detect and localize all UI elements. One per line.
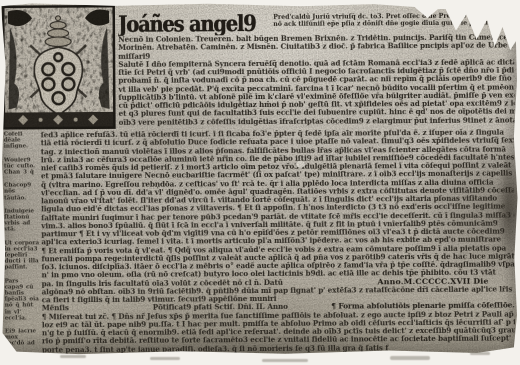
papal-arms-woodcut	[2, 5, 116, 130]
scan-speckle	[262, 359, 308, 362]
scan-speckle	[150, 357, 180, 360]
margin-note: Cōfeſſ dēale inſigne.	[4, 131, 39, 150]
margin-note: Ut corpora in eccl'ia3 ſepeliri ducti ī …	[4, 240, 39, 271]
paper-sheet: Joáñes angel9 Pred'caldū Juriū vtriuſq̃ …	[1, 2, 518, 358]
mensis-blank: Mēnſis	[42, 304, 69, 312]
margin-note: Wōuler9 tūc cuſto. Chan 3 q̄	[4, 157, 39, 176]
margin-note: Chacop9 nōs tāutāo.	[4, 183, 39, 202]
header-wide-lines: Necnō in Colonien. Treueren. balt būgen …	[118, 33, 514, 52]
body-lower-lines: ſed3 ap̄lice refuſā3. tū etiā rōcierdī t…	[41, 128, 515, 279]
body-upper-lines: Salutē I dn̄o ſempiternā Syncera feruēſq…	[118, 58, 514, 126]
scan-speckle	[390, 356, 430, 360]
main-text-block: ſed3 ap̄lice refuſā3. tū etiā rōcierdī t…	[41, 128, 515, 354]
page-content: Joáñes angel9 Pred'caldū Juriū vtriuſq̃ …	[0, 0, 519, 359]
margin-note: Pars capa9 cū banſis ſpēali3 oīa nō q̄ h…	[5, 278, 40, 322]
margin-note: Indulgēie ſtationū vrbis ad vtā.	[4, 208, 39, 233]
right-edge-stain	[496, 150, 520, 265]
margin-note: Ei9 lacrīe mox rec'dō ad vtā.	[5, 328, 40, 353]
absolution-formula: ¶ Miſereat̄ tui zc̄. ¶ Dn̄s nr̄ Jeſus xp…	[42, 310, 515, 354]
margin-gloss-column: Cōfeſſ dēale inſigne.Wōuler9 tūc cuſto. …	[4, 131, 40, 360]
scan-speckle	[470, 352, 490, 355]
title-row: Joáñes angel9 Pred'caldū Juriū vtriuſq̃ …	[118, 10, 514, 35]
header-small-lines: Pred'caldū Juriū vtriuſq̃ dc. to3. Pret …	[273, 10, 514, 28]
body-line: oīb3 vere penitētib3 z cōfeſſis idulgēti…	[119, 116, 515, 127]
absolution-line: porte pena3. t ſint ap'te ianue paradiſi…	[42, 343, 515, 354]
page-title: Joáñes angel9	[118, 12, 255, 35]
wormhole-spot	[296, 161, 305, 168]
header-small-line: nō ack tliſūniſi ep̄e pſia z dōniſt dn̄e…	[273, 20, 514, 29]
scan-speckle	[60, 355, 86, 358]
header-block: Joáñes angel9 Pred'caldū Juriū vtriuſq̃ …	[118, 10, 515, 126]
scanned-indulgence-document: Joáñes angel9 Pred'caldū Juriū vtriuſq̃ …	[0, 0, 520, 365]
